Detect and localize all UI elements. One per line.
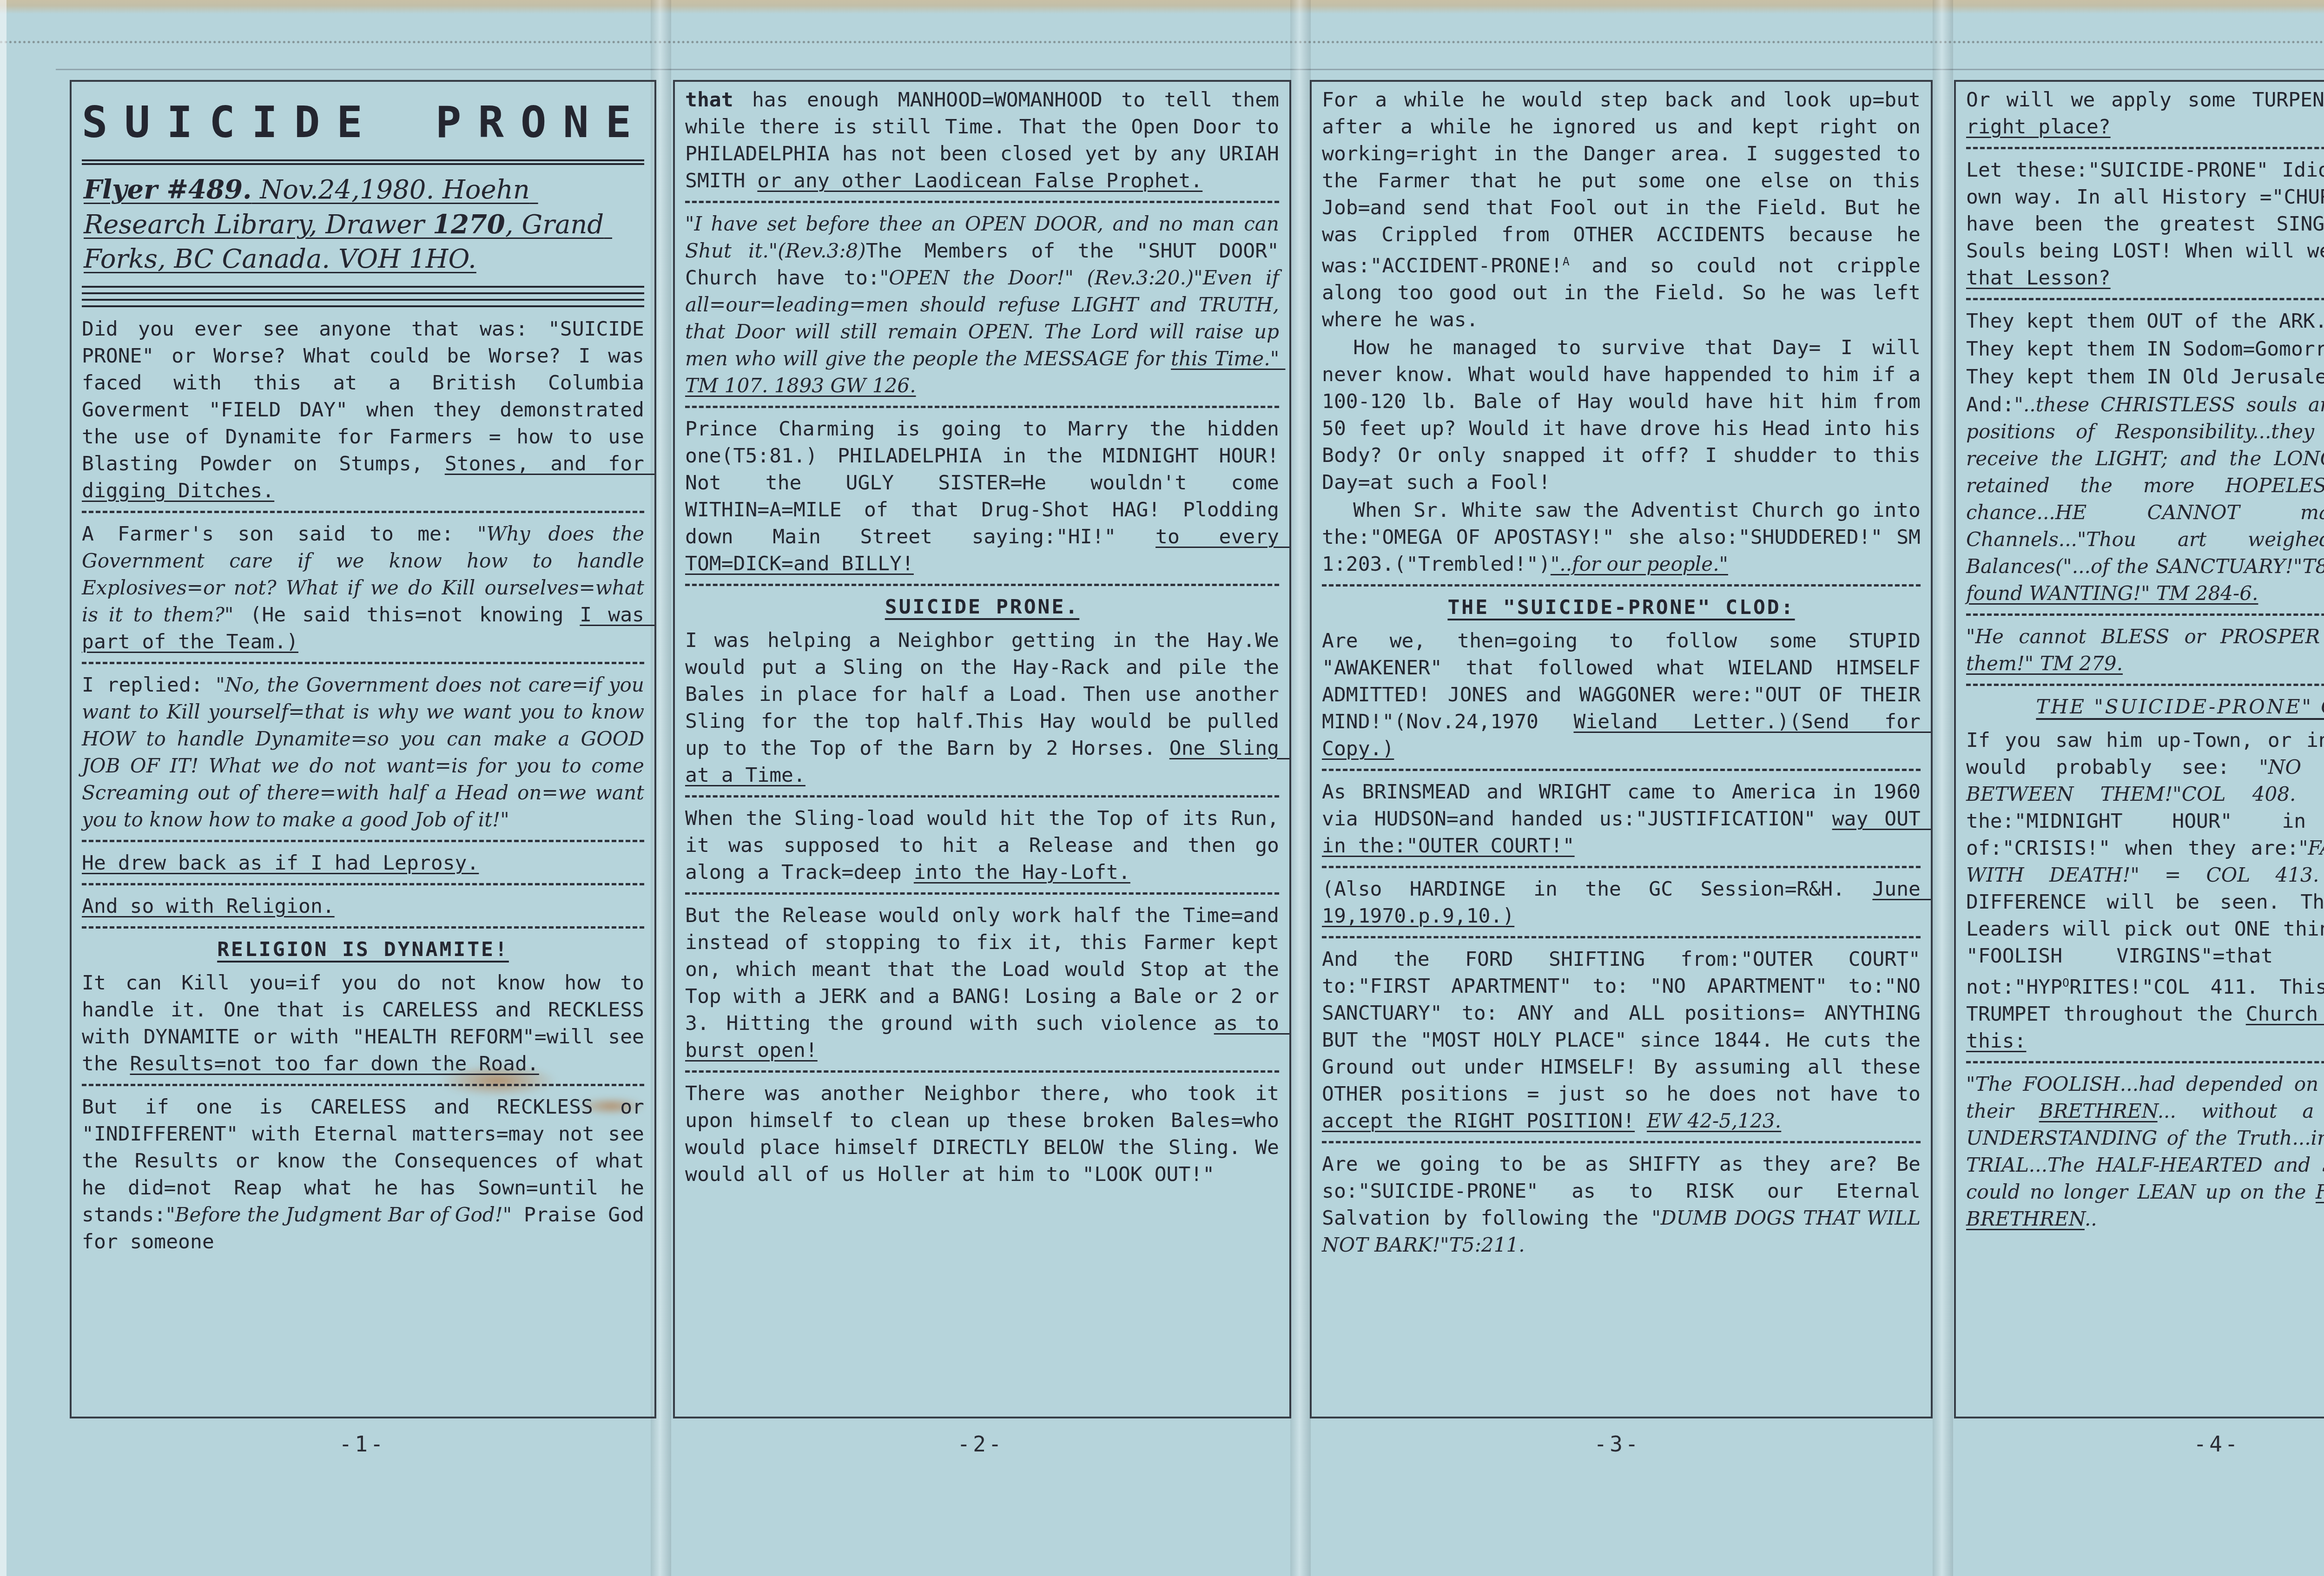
dashed-separator — [1322, 936, 1921, 938]
paragraph: How he managed to survive that Day= I wi… — [1322, 334, 1921, 496]
text-run: Did you ever see anyone that was: "SUICI… — [82, 317, 656, 475]
paragraph: He drew back as if I had Leprosy. — [82, 850, 644, 877]
paragraph: For a while he would step back and look … — [1322, 86, 1921, 333]
flyer-title: SUICIDE PRONE. — [82, 89, 644, 165]
text-run: "The FOOLISH...had depended on the — [1966, 1073, 2324, 1095]
paragraph: A Farmer's son said to me: "Why does the… — [82, 521, 644, 655]
masthead: SUICIDE PRONE. Flyer #489. Nov.24,1980. … — [82, 89, 644, 307]
text-run: "He cannot BLESS or PROSPER or — [1966, 625, 2324, 648]
dashed-separator — [1322, 866, 1921, 868]
text-run: .. — [2085, 1207, 2097, 1230]
text-run: FAITH — [2316, 1180, 2324, 1203]
paragraph: It can Kill you=if you do not know how t… — [82, 969, 644, 1077]
text-run: Flyer #489. — [84, 174, 252, 205]
page-number-1: -1- — [293, 1431, 432, 1457]
text-run: A Farmer's son said to me: — [82, 522, 477, 546]
double-rule — [82, 299, 644, 307]
text-run: And the FORD SHIFTING from:"OUTER COURT"… — [1322, 948, 1933, 1106]
text-run: Let these:"SUICIDE-PRONE" Idiots go thei… — [1966, 158, 2324, 263]
text-run: "..these CHRISTLESS souls are retained i… — [1966, 393, 2324, 578]
flyer-panel-3: For a while he would step back and look … — [1310, 80, 1933, 1418]
text-run: that — [685, 88, 733, 112]
dashed-separator — [82, 883, 644, 885]
dashed-separator — [82, 926, 644, 929]
paragraph: that has enough MANHOOD=WOMANHOOD to tel… — [685, 86, 1279, 194]
paragraph: I was helping a Neighbor getting in the … — [685, 627, 1279, 789]
text-run: 1270 — [433, 209, 505, 240]
dashed-separator — [685, 584, 1279, 586]
text-run: or any other Laodicean False Prophet. — [757, 169, 1202, 192]
paragraph: Did you ever see anyone that was: "SUICI… — [82, 316, 644, 504]
paragraph: But the Release would only work half the… — [685, 902, 1279, 1064]
text-run: BRETHREN — [1966, 1207, 2085, 1230]
paragraph: And the FORD SHIFTING from:"OUTER COURT"… — [1322, 946, 1921, 1134]
paper-left-edge — [0, 0, 7, 1576]
paragraph: "I have set before thee an OPEN DOOR, an… — [685, 211, 1279, 399]
dashed-separator — [1966, 613, 2324, 616]
paper-top-edge — [0, 0, 2324, 14]
dashed-separator — [1322, 1141, 1921, 1143]
text-run: BRETHREN — [2039, 1100, 2158, 1122]
text-run: They kept them OUT of the ARK. — [1966, 310, 2324, 333]
paragraph: When the Sling-load would hit the Top of… — [685, 805, 1279, 886]
dashed-separator — [1322, 769, 1921, 771]
masthead-subtitle: Flyer #489. Nov.24,1980. Hoehn Research … — [82, 165, 644, 281]
text-run: They kept them IN Sodom=Gomorrah. — [1966, 337, 2324, 361]
paragraph: And so with Religion. — [82, 893, 644, 920]
text-run — [1635, 1109, 1647, 1133]
paragraph: "He cannot BLESS or PROSPER or SUSTAIN t… — [1966, 623, 2324, 677]
dashed-separator — [685, 406, 1279, 408]
dashed-separator — [685, 892, 1279, 895]
dashed-separator — [1966, 147, 2324, 149]
double-rule — [82, 286, 644, 294]
text-run: "..for our people." — [1551, 553, 1728, 575]
text-run: O — [2062, 976, 2069, 989]
text-run: "No, the Government does not care=if you… — [82, 673, 650, 831]
dashed-separator — [82, 840, 644, 842]
section-heading: THE "SUICIDE-PRONE" CLOD. — [1966, 693, 2324, 720]
flyer-panel-2: that has enough MANHOOD=WOMANHOOD to tel… — [673, 80, 1291, 1418]
text-run: A — [1563, 255, 1570, 268]
text-run: They kept them IN Old Jerusalem. — [1966, 365, 2324, 389]
text-run: Results=not too far down the Road. — [130, 1052, 539, 1075]
paragraph: They kept them IN Old Jerusalem. — [1966, 363, 2324, 390]
column-text: that has enough MANHOOD=WOMANHOOD to tel… — [685, 86, 1279, 1188]
paragraph: When Sr. White saw the Adventist Church … — [1322, 497, 1921, 578]
paragraph: Are we, then=going to follow some STUPID… — [1322, 627, 1921, 762]
paragraph: If you saw him up-Town, or in Church=you… — [1966, 727, 2324, 1055]
column-text: Did you ever see anyone that was: "SUICI… — [82, 316, 644, 1255]
text-run: accept the RIGHT POSITION! — [1322, 1109, 1635, 1133]
fold-scratch-line — [0, 41, 2324, 43]
fold-crease — [1290, 0, 1311, 1576]
text-run: For a while he would step back and look … — [1322, 88, 1933, 277]
text-run: I replied: — [82, 673, 216, 697]
dashed-separator — [82, 511, 644, 513]
text-run: And: — [1966, 393, 2014, 416]
text-run: into the Hay-Loft. — [914, 861, 1130, 884]
dashed-separator — [685, 795, 1279, 798]
section-heading: SUICIDE PRONE. — [685, 593, 1279, 620]
paragraph: I replied: "No, the Government does not … — [82, 672, 644, 833]
paragraph: They kept them IN Sodom=Gomorrah. — [1966, 336, 2324, 363]
text-run: And so with Religion. — [82, 895, 335, 918]
text-run: (He said this=not knowing — [233, 603, 580, 626]
typed-top-rule — [56, 69, 2324, 70]
paragraph: As BRINSMEAD and WRIGHT came to America … — [1322, 778, 1921, 859]
dashed-separator — [82, 662, 644, 664]
page-number-2: -2- — [911, 1431, 1050, 1457]
flyer-panel-1: SUICIDE PRONE. Flyer #489. Nov.24,1980. … — [70, 80, 656, 1418]
text-run: There was another Neighbor there, who to… — [685, 1082, 1291, 1186]
paragraph: Are we going to be as SHIFTY as they are… — [1322, 1151, 1921, 1259]
paragraph: Or will we apply some TURPENTINE in the … — [1966, 86, 2324, 140]
section-heading: THE "SUICIDE-PRONE" CLOD: — [1322, 594, 1921, 621]
page-number-3: -3- — [1548, 1431, 1687, 1457]
column-text: For a while he would step back and look … — [1322, 86, 1921, 1259]
flyer-panel-4: Or will we apply some TURPENTINE in the … — [1954, 80, 2324, 1418]
text-run: How he managed to survive that Day= I wi… — [1322, 336, 1933, 494]
dashed-separator — [1966, 684, 2324, 686]
text-run: EW 42-5,123. — [1647, 1109, 1781, 1132]
paragraph: "The FOOLISH...had depended on the FAITH… — [1966, 1071, 2324, 1233]
paragraph: But if one is CARELESS and RECKLESS or "… — [82, 1094, 644, 1255]
paragraph: (Also HARDINGE in the GC Session=R&H. Ju… — [1322, 876, 1921, 930]
page-number-4: -4- — [2147, 1431, 2287, 1457]
dashed-separator — [82, 1084, 644, 1086]
paragraph: There was another Neighbor there, who to… — [685, 1080, 1279, 1188]
fold-crease — [1933, 0, 1953, 1576]
scanned-flyer-page: { "masthead": { "title": "SUICIDE PRONE.… — [0, 0, 2324, 1576]
paragraph: And:"..these CHRISTLESS souls are retain… — [1966, 391, 2324, 607]
column-text: Or will we apply some TURPENTINE in the … — [1966, 86, 2324, 1233]
text-run: (Also HARDINGE in the GC Session=R&H. — [1322, 877, 1872, 901]
dashed-separator — [1966, 298, 2324, 300]
section-heading: RELIGION IS DYNAMITE! — [82, 936, 644, 963]
text-run: Or will we apply some TURPENTINE — [1966, 88, 2324, 112]
text-run: found WANTING!" TM 284-6. — [1966, 582, 2258, 605]
dashed-separator — [685, 201, 1279, 203]
text-run: But the Release would only work half the… — [685, 904, 1291, 1035]
text-run: "Before the Judgment Bar of God!" — [166, 1203, 512, 1226]
text-run: He drew back as if I had Leprosy. — [82, 851, 479, 875]
paragraph: Let these:"SUICIDE-PRONE" Idiots go thei… — [1966, 157, 2324, 291]
dashed-separator — [685, 1070, 1279, 1073]
paragraph: They kept them OUT of the ARK. — [1966, 308, 2324, 335]
dashed-separator — [1966, 1061, 2324, 1063]
dashed-separator — [1322, 584, 1921, 587]
paragraph: Prince Charming is going to Marry the hi… — [685, 415, 1279, 577]
